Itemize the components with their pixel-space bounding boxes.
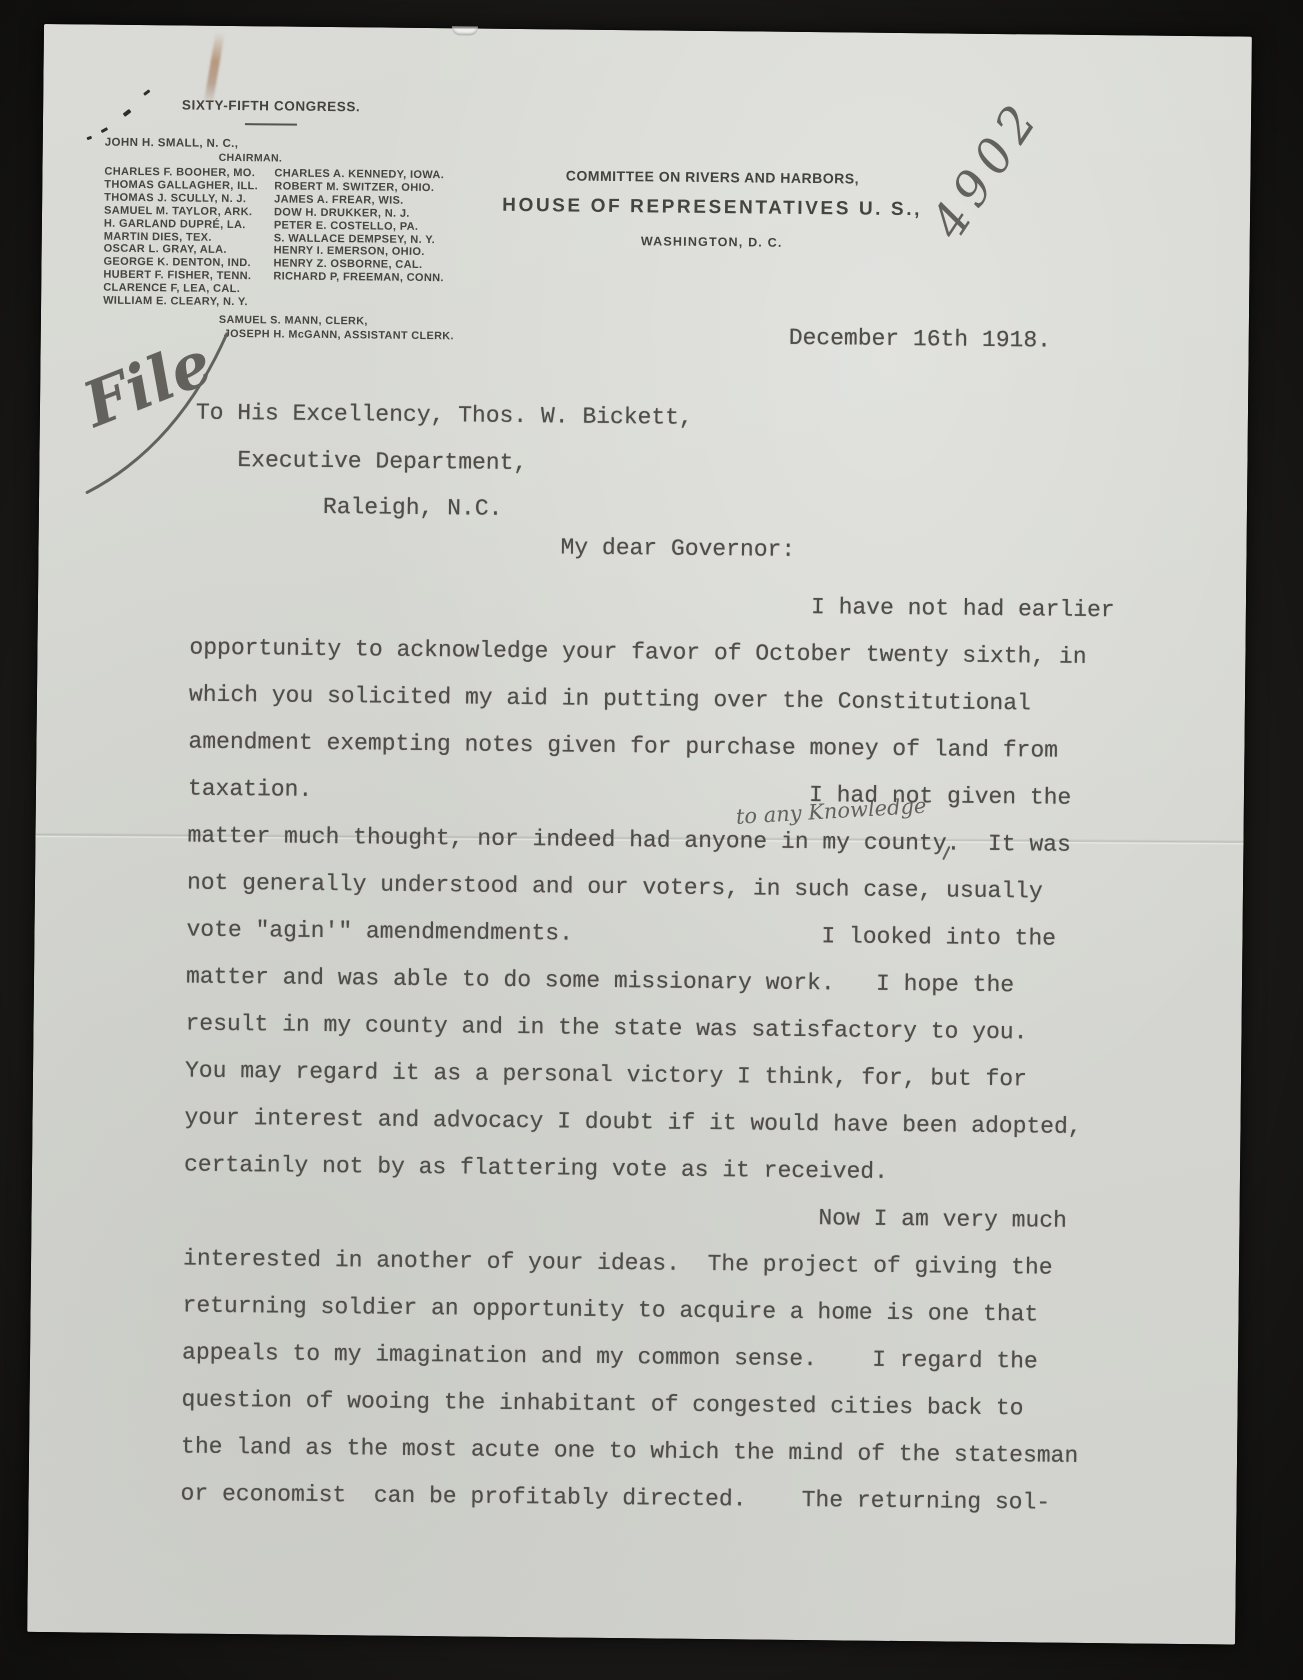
handwritten-file-number: 4902 <box>920 51 1077 249</box>
title-rule <box>245 123 297 126</box>
ink-speck <box>101 127 109 133</box>
body-line: or economist can be profitably directed.… <box>180 1471 1105 1528</box>
ink-speck <box>123 109 132 117</box>
member-column-left: CHARLES F. BOOHER, MO. THOMAS GALLAGHER,… <box>103 166 274 310</box>
paper-tear <box>452 26 478 35</box>
rust-stain <box>203 32 224 106</box>
city-name: WASHINGTON, D. C. <box>452 232 972 251</box>
ink-speck <box>86 136 92 140</box>
congress-title: Sixty-Fifth Congress. <box>161 97 381 114</box>
member-name: WILLIAM E. CLEARY, N. Y. <box>103 295 273 310</box>
committee-letterhead: COMMITTEE ON RIVERS AND HARBORS, HOUSE O… <box>452 166 973 251</box>
address-line: Executive Department, <box>237 437 692 488</box>
member-column-right: CHARLES A. KENNEDY, IOWA. ROBERT M. SWIT… <box>273 167 445 311</box>
member-name: RICHARD P, FREEMAN, CONN. <box>273 271 444 286</box>
address-block: To His Excellency, Thos. W. Bickett, Exe… <box>195 390 693 535</box>
letter-page: Sixty-Fifth Congress. JOHN H. SMALL, N. … <box>27 24 1252 1645</box>
chairman-name: JOHN H. SMALL, N. C., <box>105 137 239 150</box>
ink-speck <box>143 89 150 96</box>
date-line: December 16th 1918. <box>789 325 1052 354</box>
salutation: My dear Governor: <box>560 534 795 562</box>
house-name: HOUSE OF REPRESENTATIVES U. S., <box>452 194 972 221</box>
letter-body: I have not had earlier opportunity to ac… <box>180 578 1115 1528</box>
committee-member-list: CHARLES F. BOOHER, MO. THOMAS GALLAGHER,… <box>103 166 445 312</box>
address-line: Raleigh, N.C. <box>323 484 692 534</box>
committee-name: COMMITTEE ON RIVERS AND HARBORS, <box>452 166 972 187</box>
chairman-title: CHAIRMAN. <box>219 152 283 165</box>
scan-background: Sixty-Fifth Congress. JOHN H. SMALL, N. … <box>0 0 1303 1680</box>
address-line: To His Excellency, Thos. W. Bickett, <box>196 390 693 442</box>
